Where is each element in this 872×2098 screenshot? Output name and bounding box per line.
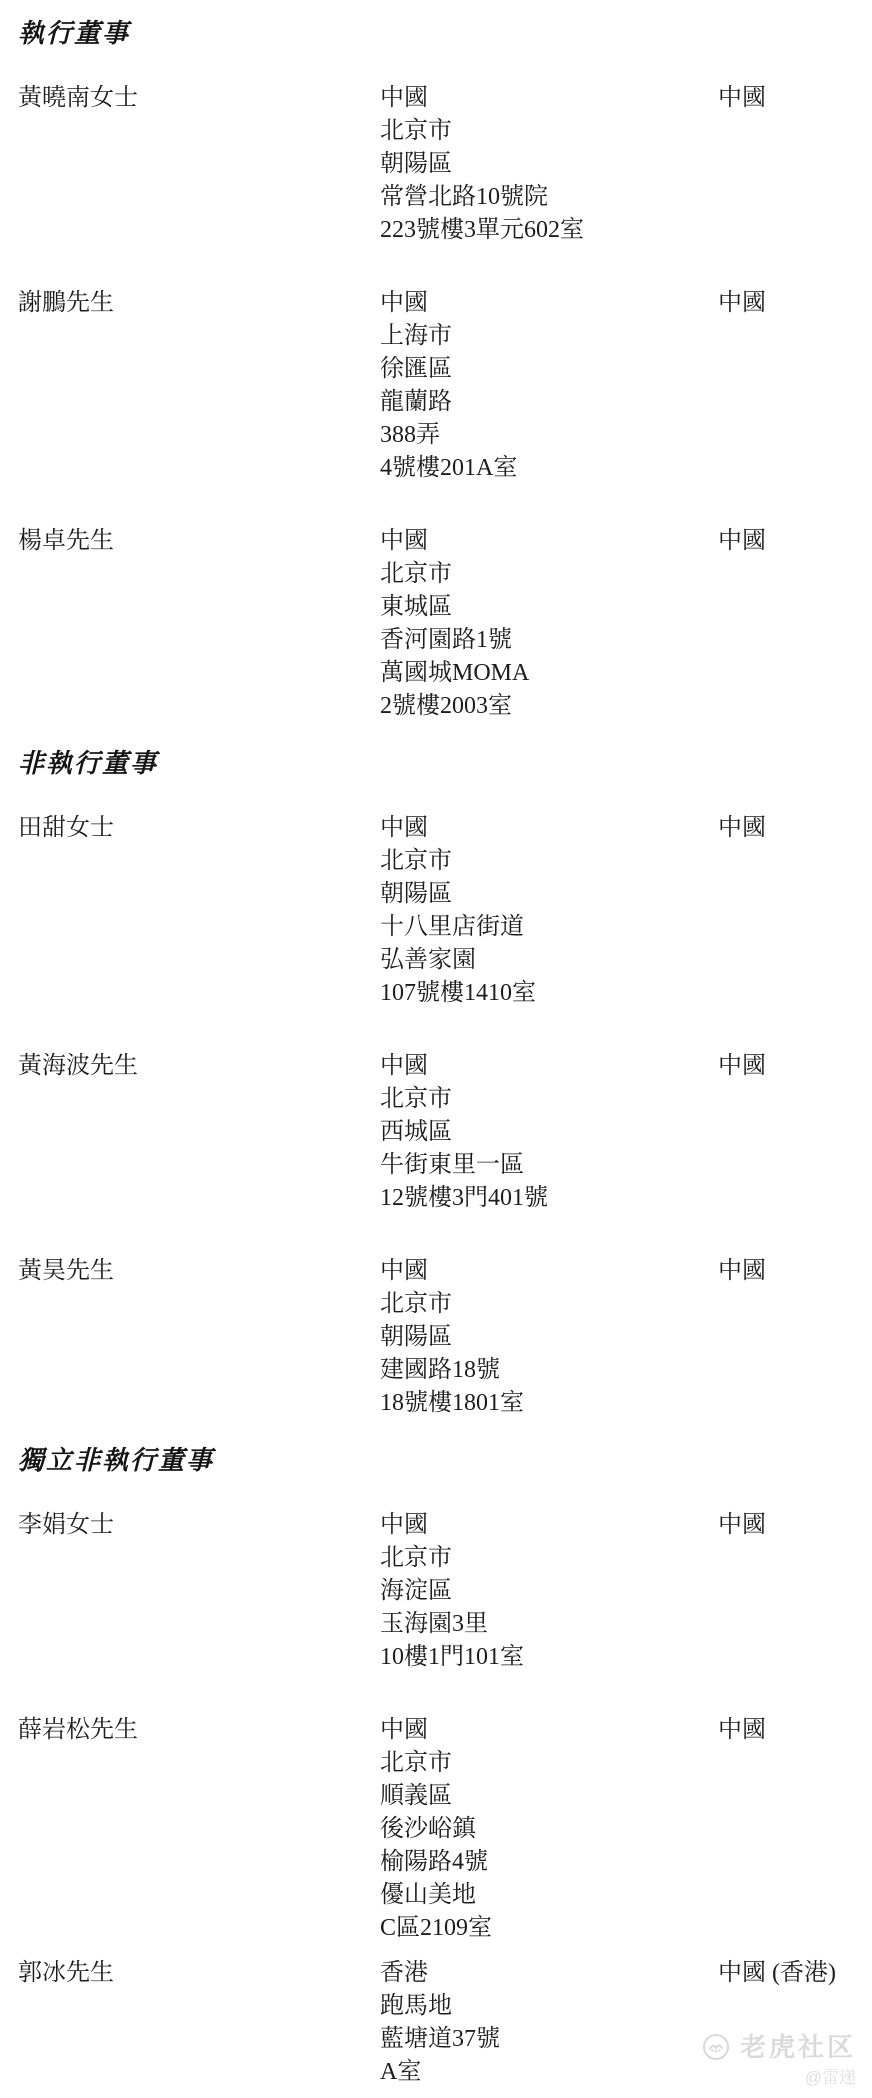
address-line: 中國 [380, 287, 718, 320]
section-non-executive-directors: 非執行董事 田甜女士 中國 北京市 朝陽區 十八里店街道 弘善家園 107號樓1… [18, 747, 872, 1420]
address-line: 北京市 [380, 558, 718, 591]
address-line: 18號樓1801室 [380, 1387, 718, 1420]
address-line: 香河園路1號 [380, 624, 718, 657]
director-name: 薛岩松先生 [18, 1714, 380, 1747]
address-line: 10樓1門101室 [380, 1641, 718, 1674]
director-nationality: 中國 [718, 1050, 872, 1083]
address-line: 上海市 [380, 320, 718, 353]
address-line: 朝陽區 [380, 1321, 718, 1354]
director-address: 中國 北京市 順義區 後沙峪鎮 榆陽路4號 優山美地 C區2109室 [380, 1714, 718, 1945]
address-line: C區2109室 [380, 1912, 718, 1945]
director-nationality: 中國 [718, 812, 872, 845]
director-name: 李娟女士 [18, 1509, 380, 1542]
section-header: 獨立非執行董事 [18, 1444, 872, 1478]
address-line: 十八里店街道 [380, 911, 718, 944]
address-line: 中國 [380, 1509, 718, 1542]
address-line: 北京市 [380, 1542, 718, 1575]
director-nationality: 中國 [718, 287, 872, 320]
address-line: 4號樓201A室 [380, 452, 718, 485]
watermark: 老虎社区 @雷递 [702, 2032, 856, 2088]
address-line: 中國 [380, 1714, 718, 1747]
document-page: 執行董事 黃曉南女士 中國 北京市 朝陽區 常營北路10號院 223號樓3單元6… [0, 0, 872, 2098]
address-line: 2號樓2003室 [380, 690, 718, 723]
watermark-handle: @雷递 [702, 2068, 856, 2088]
address-line: 香港 [380, 1957, 718, 1990]
address-line: 建國路18號 [380, 1354, 718, 1387]
section-executive-directors: 執行董事 黃曉南女士 中國 北京市 朝陽區 常營北路10號院 223號樓3單元6… [18, 17, 872, 723]
address-line: 107號樓1410室 [380, 977, 718, 1010]
address-line: 中國 [380, 82, 718, 115]
director-row: 田甜女士 中國 北京市 朝陽區 十八里店街道 弘善家園 107號樓1410室 中… [18, 812, 872, 1010]
director-name: 田甜女士 [18, 812, 380, 845]
director-row: 黃曉南女士 中國 北京市 朝陽區 常營北路10號院 223號樓3單元602室 中… [18, 82, 872, 247]
director-name: 黃曉南女士 [18, 82, 380, 115]
address-line: 朝陽區 [380, 148, 718, 181]
address-line: 中國 [380, 1050, 718, 1083]
address-line: 弘善家園 [380, 944, 718, 977]
director-nationality: 中國 [718, 82, 872, 115]
address-line: 北京市 [380, 1083, 718, 1116]
director-address: 中國 北京市 東城區 香河園路1號 萬國城MOMA 2號樓2003室 [380, 525, 718, 723]
address-line: 東城區 [380, 591, 718, 624]
address-line: 北京市 [380, 1288, 718, 1321]
director-nationality: 中國 [718, 1714, 872, 1747]
address-line: 12號樓3門401號 [380, 1182, 718, 1215]
director-name: 黃海波先生 [18, 1050, 380, 1083]
director-row: 黃昊先生 中國 北京市 朝陽區 建國路18號 18號樓1801室 中國 [18, 1255, 872, 1420]
director-name: 謝鵬先生 [18, 287, 380, 320]
director-address: 中國 北京市 朝陽區 常營北路10號院 223號樓3單元602室 [380, 82, 718, 247]
address-line: 跑馬地 [380, 1990, 718, 2023]
director-address: 中國 北京市 朝陽區 建國路18號 18號樓1801室 [380, 1255, 718, 1420]
director-nationality: 中國 [718, 525, 872, 558]
address-line: 萬國城MOMA [380, 657, 718, 690]
director-name: 黃昊先生 [18, 1255, 380, 1288]
director-row: 薛岩松先生 中國 北京市 順義區 後沙峪鎮 榆陽路4號 優山美地 C區2109室… [18, 1714, 872, 1945]
tiger-logo-icon [702, 2033, 730, 2061]
section-header: 執行董事 [18, 17, 872, 51]
director-row: 楊卓先生 中國 北京市 東城區 香河園路1號 萬國城MOMA 2號樓2003室 … [18, 525, 872, 723]
address-line: 中國 [380, 812, 718, 845]
address-line: 榆陽路4號 [380, 1846, 718, 1879]
director-row: 謝鵬先生 中國 上海市 徐匯區 龍蘭路 388弄 4號樓201A室 中國 [18, 287, 872, 485]
director-row: 李娟女士 中國 北京市 海淀區 玉海園3里 10樓1門101室 中國 [18, 1509, 872, 1674]
watermark-brand: 老虎社区 [740, 2032, 856, 2062]
director-address: 中國 北京市 海淀區 玉海園3里 10樓1門101室 [380, 1509, 718, 1674]
address-line: 玉海園3里 [380, 1608, 718, 1641]
director-nationality: 中國 [718, 1255, 872, 1288]
address-line: 優山美地 [380, 1879, 718, 1912]
director-address: 中國 上海市 徐匯區 龍蘭路 388弄 4號樓201A室 [380, 287, 718, 485]
address-line: 西城區 [380, 1116, 718, 1149]
director-address: 香港 跑馬地 藍塘道37號 A室 [380, 1957, 718, 2089]
address-line: 中國 [380, 1255, 718, 1288]
director-address: 中國 北京市 西城區 牛街東里一區 12號樓3門401號 [380, 1050, 718, 1215]
address-line: 北京市 [380, 115, 718, 148]
address-line: 北京市 [380, 845, 718, 878]
address-line: 中國 [380, 525, 718, 558]
director-nationality: 中國 (香港) [718, 1957, 872, 1990]
address-line: 朝陽區 [380, 878, 718, 911]
section-independent-non-executive-directors: 獨立非執行董事 李娟女士 中國 北京市 海淀區 玉海園3里 10樓1門101室 … [18, 1444, 872, 2089]
director-nationality: 中國 [718, 1509, 872, 1542]
director-name: 郭冰先生 [18, 1957, 380, 1990]
director-row: 黃海波先生 中國 北京市 西城區 牛街東里一區 12號樓3門401號 中國 [18, 1050, 872, 1215]
director-name: 楊卓先生 [18, 525, 380, 558]
directors-list: 執行董事 黃曉南女士 中國 北京市 朝陽區 常營北路10號院 223號樓3單元6… [0, 0, 872, 2089]
section-header: 非執行董事 [18, 747, 872, 781]
address-line: 北京市 [380, 1747, 718, 1780]
address-line: 徐匯區 [380, 353, 718, 386]
address-line: 順義區 [380, 1780, 718, 1813]
address-line: 海淀區 [380, 1575, 718, 1608]
address-line: 388弄 [380, 419, 718, 452]
address-line: 牛街東里一區 [380, 1149, 718, 1182]
address-line: 藍塘道37號 [380, 2023, 718, 2056]
address-line: 龍蘭路 [380, 386, 718, 419]
address-line: 後沙峪鎮 [380, 1813, 718, 1846]
director-address: 中國 北京市 朝陽區 十八里店街道 弘善家園 107號樓1410室 [380, 812, 718, 1010]
address-line: A室 [380, 2056, 718, 2089]
address-line: 常營北路10號院 [380, 181, 718, 214]
watermark-row: 老虎社区 [702, 2032, 856, 2062]
address-line: 223號樓3單元602室 [380, 214, 718, 247]
